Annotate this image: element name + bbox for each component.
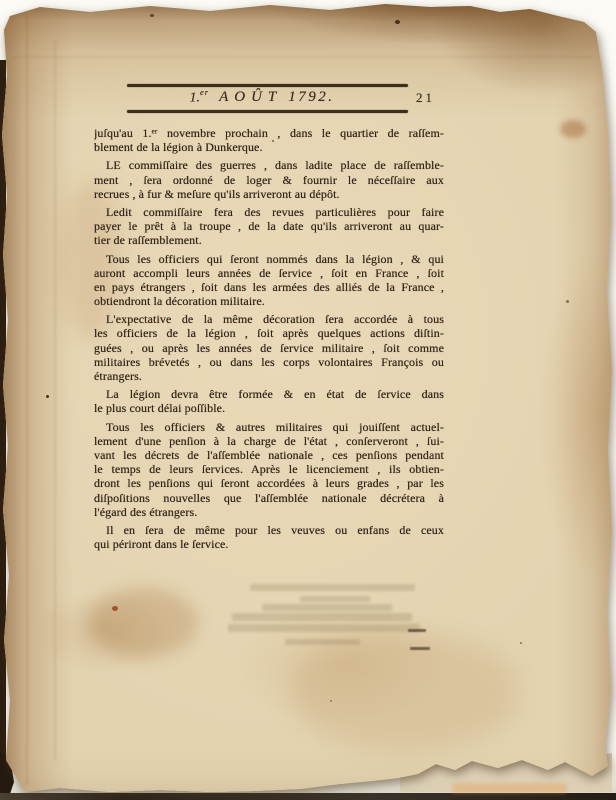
crease [54,40,56,760]
body-line: Tous les officiers qui ſeront nommés dan… [94,252,444,266]
paragraph: juſqu'au 1.ᵉʳ novembre prochain , dans l… [94,126,444,154]
paper-wrapper: 1.erAoût1792. 21 juſqu'au 1.ᵉʳ novembre … [0,0,616,800]
body-line: La légion devra être formée & en état de… [94,387,444,401]
stain [290,632,520,752]
date-year: 1792. [288,89,334,105]
stain [88,588,198,658]
body-line: auront accompli leurs années de ſervice … [94,266,444,280]
speck [330,700,332,702]
body-line: blement de la légion à Dunkerque. [94,140,444,154]
show-through-mark [228,624,420,632]
body-line: Il en ſera de même pour les veuves ou en… [94,523,444,537]
speck [46,395,49,398]
speck [112,606,118,611]
speck [566,300,569,303]
body-line: juſqu'au 1.ᵉʳ novembre prochain , dans l… [94,126,444,140]
speck [150,14,154,17]
show-through-mark [300,596,370,602]
crease [26,15,28,785]
body-line: dront les penſions qui ſeront accordées … [94,476,444,490]
show-through-mark [408,629,426,632]
body-line: étrangers. [94,369,444,383]
body-line: militaires brévetés , ou dans les corps … [94,355,444,369]
date-day: 1. [189,90,200,105]
paragraph: LE commiſſaire des guerres , dans ladite… [94,158,444,201]
paragraph: Ledit commiſſaire fera des revues partic… [94,205,444,248]
body-line: ment , ſera ordonné de loger & fournir l… [94,173,444,187]
body-text: juſqu'au 1.ᵉʳ novembre prochain , dans l… [94,126,444,555]
body-line: recrues , à fur & meſure qu'ils arrivero… [94,187,444,201]
body-line: le plus court délai poſſible. [94,401,444,415]
body-line: tier de raſſemblement. [94,233,444,247]
date-ordinal-suffix: er [200,87,209,97]
paragraph: La légion devra être formée & en état de… [94,387,444,415]
page-header-date: 1.erAoût1792. [127,87,397,106]
body-line: Tous les officiers & autres militaires q… [94,420,444,434]
body-line: l'égard des étrangers. [94,505,444,519]
body-line: le temps de leurs ſervices. Après le lic… [94,462,444,476]
body-line: obtiendront la décoration militaire. [94,294,444,308]
paragraph: Tous les officiers qui ſeront nommés dan… [94,252,444,309]
show-through-mark [232,613,412,621]
show-through-mark [410,647,430,650]
body-line: diſpoſitions nouvelles que l'aſſemblée n… [94,491,444,505]
paragraph: Il en ſera de même pour les veuves ou en… [94,523,444,551]
paragraph: Tous les officiers & autres militaires q… [94,420,444,519]
header-rule-bottom [127,110,408,113]
body-line: qui périront dans le ſervice. [94,537,444,551]
body-line: LE commiſſaire des guerres , dans ladite… [94,158,444,172]
show-through-mark [250,584,415,591]
paper-sheet: 1.erAoût1792. 21 juſqu'au 1.ᵉʳ novembre … [0,0,616,800]
body-line: L'expectative de la même décoration ſera… [94,312,444,326]
scanner-watermark-smudge [452,783,567,794]
stain [560,120,586,138]
show-through-mark [285,639,360,645]
speck [395,20,400,24]
scanned-page: 1.erAoût1792. 21 juſqu'au 1.ᵉʳ novembre … [0,0,616,800]
speck [520,642,522,644]
crease [12,56,592,58]
body-line: les officiers de la légion , ſoit après … [94,326,444,340]
show-through-mark [262,604,392,611]
page-number: 21 [416,90,435,106]
paragraph: L'expectative de la même décoration ſera… [94,312,444,383]
body-line: en pays étrangers , ſoit dans les armées… [94,280,444,294]
date-month: Août [219,89,282,105]
body-line: Ledit commiſſaire fera des revues partic… [94,205,444,219]
body-line: vant les décrets de l'aſſemblée national… [94,448,444,462]
body-line: lement d'une penſion à la charge de l'ét… [94,434,444,448]
body-line: payer le prêt à la troupe , de la date q… [94,219,444,233]
body-line: guées , ou après les années de ſervice m… [94,341,444,355]
